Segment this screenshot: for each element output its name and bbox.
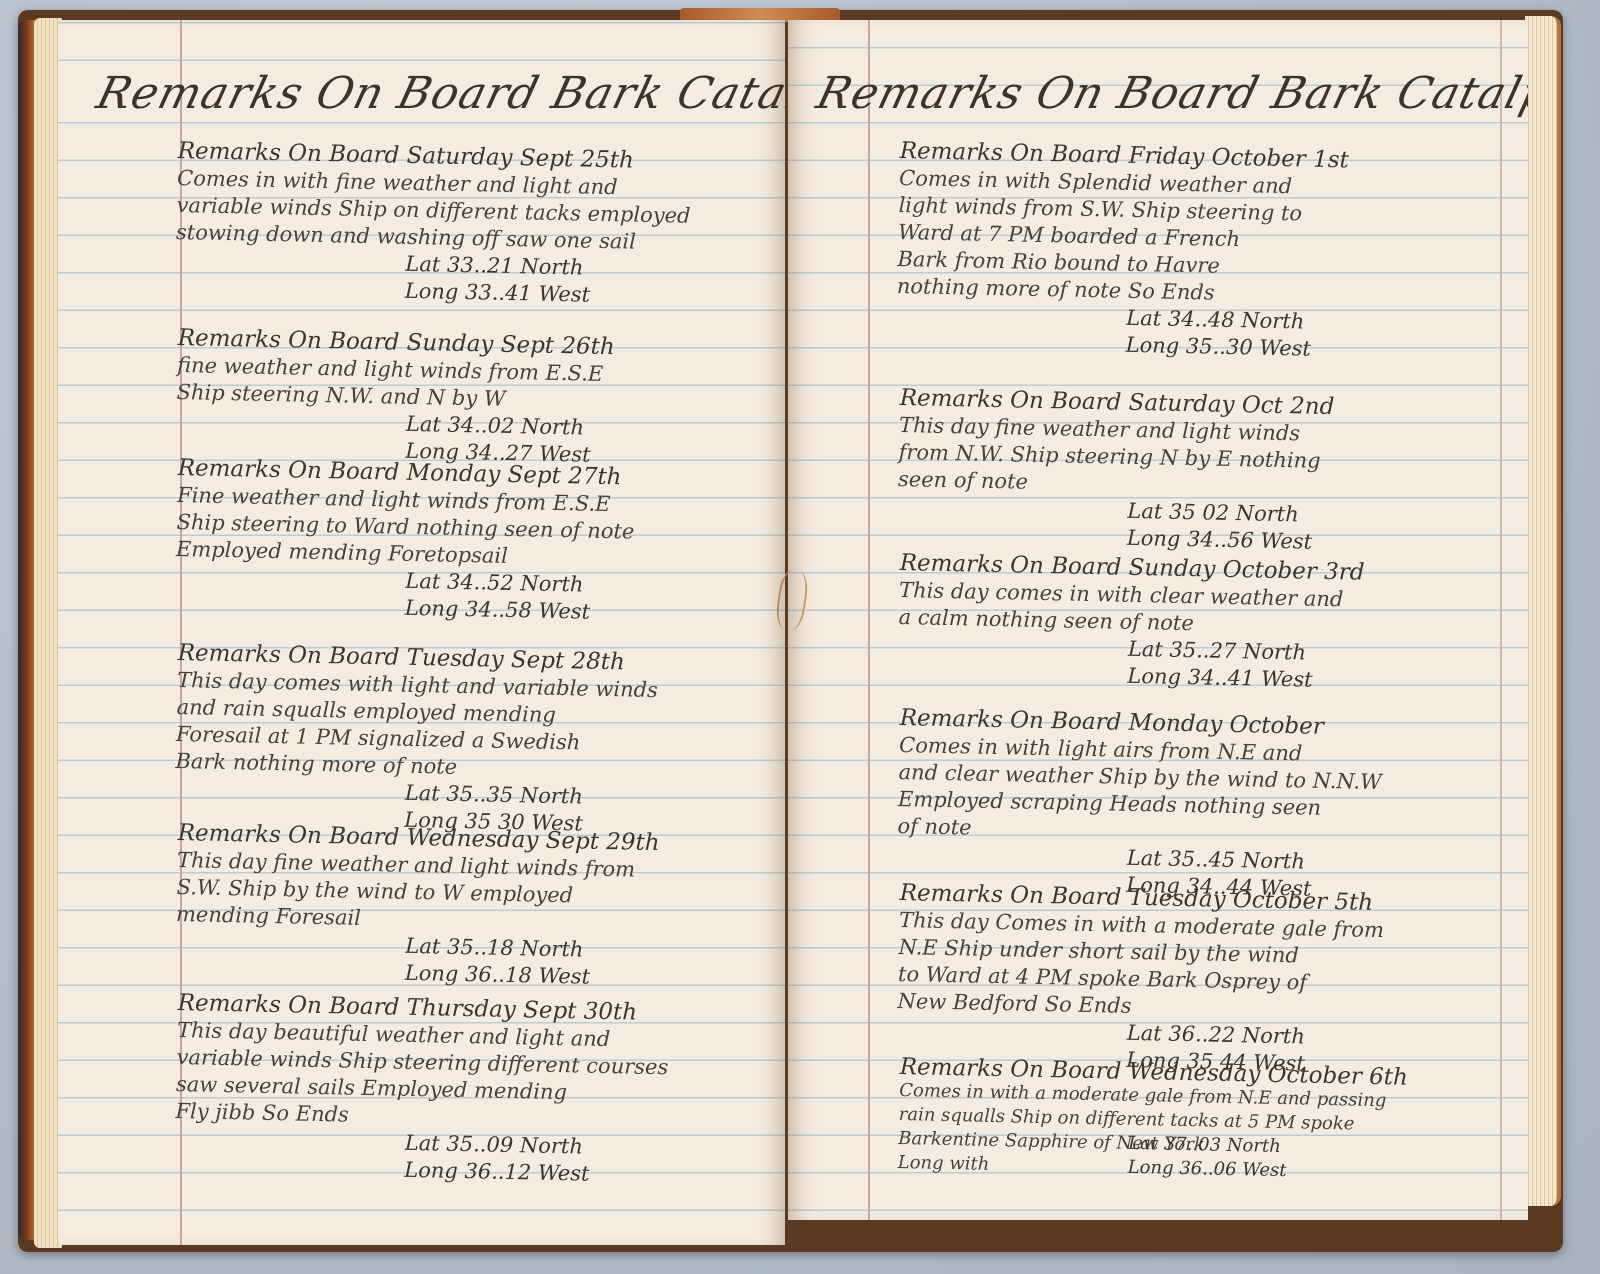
log-entry: Remarks On Board Wednesday October 6th C… [897, 1055, 1408, 1186]
log-entry: Remarks On Board Tuesday Sept 28th This … [174, 640, 659, 839]
longitude: Long 35..30 West [1125, 332, 1345, 364]
latitude: Lat 35 02 North [1127, 498, 1332, 529]
page-title: Remarks On Board Bark Catalpa [92, 68, 785, 119]
longitude: Long 34..58 West [405, 595, 633, 627]
log-entry: Remarks On Board Sunday Sept 26th fine w… [175, 325, 615, 469]
log-entry: Remarks On Board Thursday Sept 30th This… [174, 990, 670, 1189]
log-entry: Remarks On Board Saturday Oct 2nd This d… [897, 385, 1335, 556]
log-entry: Remarks On Board Sunday October 3rd This… [897, 550, 1365, 695]
log-entry: Remarks On Board Tuesday October 5th Thi… [896, 880, 1385, 1079]
outer-margin-line [1500, 20, 1502, 1220]
longitude: Long 34..41 West [1127, 663, 1362, 695]
log-entry: Remarks On Board Wednesday Sept 29th Thi… [175, 820, 660, 992]
longitude: Long 34..56 West [1127, 525, 1332, 556]
page-title: Remarks On Board Bark Catalpa [812, 68, 1528, 119]
log-entry: Remarks On Board Friday October 1st Come… [895, 138, 1349, 363]
log-entry: Remarks On Board Saturday Sept 25th Come… [175, 138, 692, 311]
log-entry: Remarks On Board Monday October Comes in… [896, 705, 1383, 904]
latitude: Lat 34..02 North [406, 411, 614, 442]
right-page: Remarks On Board Bark Catalpa Remarks On… [788, 20, 1528, 1220]
longitude: Long 36..06 West [1127, 1156, 1406, 1186]
margin-line [868, 20, 870, 1220]
position-coordinates: Lat 35..27 North Long 34..41 West [897, 631, 1363, 695]
page-stack-right [1525, 16, 1561, 1206]
position-coordinates: Lat 35 02 North Long 34..56 West [897, 493, 1333, 556]
log-entry: Remarks On Board Monday Sept 27th Fine w… [175, 455, 636, 627]
position-coordinates: Lat 35..18 North Long 36..18 West [175, 928, 658, 992]
position-coordinates: Lat 34..48 North Long 35..30 West [895, 300, 1345, 363]
position-coordinates: Lat 33..21 North Long 33..41 West [175, 246, 690, 311]
position-coordinates: Lat 35..09 North Long 36..12 West [174, 1125, 667, 1189]
position-coordinates: Lat 34..52 North Long 34..58 West [175, 563, 634, 627]
longitude: Long 33..41 West [405, 278, 689, 311]
left-page: Remarks On Board Bark Catalpa Remarks On… [58, 20, 785, 1245]
longitude: Long 36..12 West [404, 1157, 666, 1189]
longitude: Long 36..18 West [405, 960, 658, 992]
